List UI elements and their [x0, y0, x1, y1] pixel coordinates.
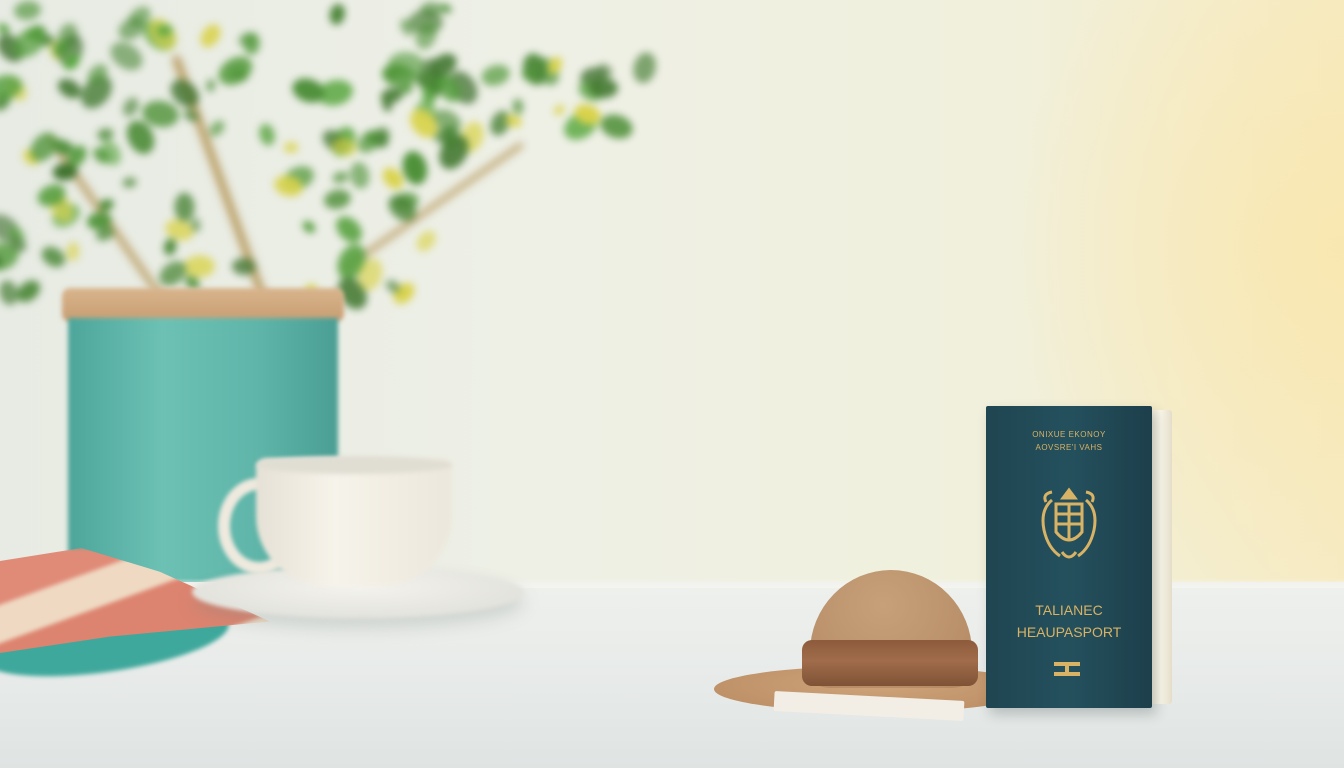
leaf	[399, 148, 430, 187]
leaf	[301, 219, 318, 236]
plant-stem	[341, 142, 524, 272]
leaf	[213, 51, 257, 92]
leaf	[328, 3, 347, 27]
passport-header-line-1: ONIXUE EKONOY	[986, 430, 1152, 439]
leaf	[479, 61, 513, 89]
leaf	[512, 98, 524, 115]
leaf	[206, 79, 217, 93]
passport-title-line-2: HEAUPASPORT	[986, 624, 1152, 640]
cup-rim	[256, 456, 452, 474]
pot-rim	[62, 288, 344, 322]
leaf	[13, 0, 42, 22]
passport-cover: ONIXUE EKONOY AOVSRE'I VAHS TALIANEC HEA…	[986, 406, 1152, 708]
hat-band	[802, 640, 978, 686]
leaf	[190, 217, 202, 232]
leaf	[257, 123, 277, 148]
leaf	[96, 128, 114, 142]
leaf	[196, 20, 224, 50]
leaf	[163, 237, 178, 256]
leaf	[332, 170, 350, 185]
passport-header-line-2: AOVSRE'I VAHS	[986, 443, 1152, 452]
leaf	[438, 2, 453, 15]
leaf	[348, 161, 372, 191]
leaf	[552, 103, 567, 118]
leaf	[207, 117, 228, 139]
photo-scene: ONIXUE EKONOY AOVSRE'I VAHS TALIANEC HEA…	[0, 0, 1344, 768]
leaf	[105, 37, 147, 76]
leaf	[174, 193, 195, 222]
coffee-cup	[256, 458, 452, 586]
passport-title-line-1: TALIANEC	[986, 602, 1152, 618]
leaf	[243, 32, 260, 55]
biometric-chip-icon	[1054, 662, 1080, 676]
leaf	[122, 177, 137, 189]
plant-foliage	[0, 0, 680, 330]
leaf	[630, 50, 659, 86]
leaf	[120, 95, 142, 119]
leaf	[331, 211, 367, 247]
leaf	[39, 243, 70, 271]
leaf	[65, 241, 80, 261]
leaf	[284, 142, 298, 152]
passport: ONIXUE EKONOY AOVSRE'I VAHS TALIANEC HEA…	[986, 406, 1172, 708]
leaf	[413, 227, 440, 255]
passport-pages	[1150, 410, 1172, 704]
coat-of-arms-icon	[1034, 482, 1104, 572]
leaf	[0, 279, 21, 308]
leaf	[184, 255, 215, 278]
leaf	[597, 110, 635, 142]
leaf	[323, 187, 353, 211]
